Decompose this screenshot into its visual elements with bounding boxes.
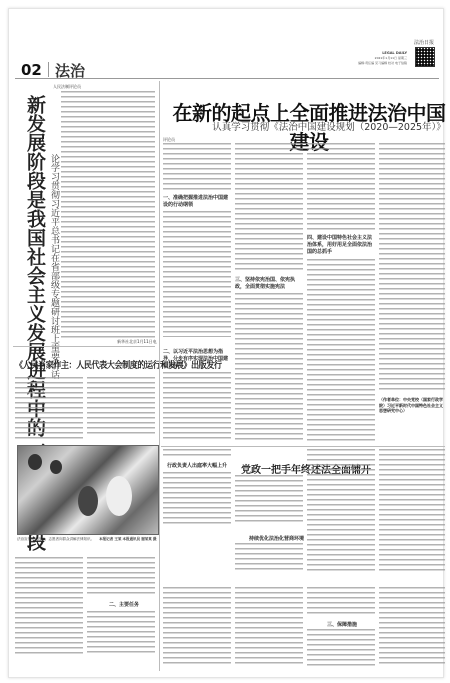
left-article-body [61,91,155,339]
main-col3-a [307,143,375,231]
main-col1-a [163,143,231,191]
bottom-col4-a [379,449,445,571]
newspaper-page: 02 法治 LEGAL DAILY 2021年1月11日 星期三 编辑:责任编 … [8,8,444,678]
bottom-col3-c [307,629,375,667]
photo-credit: 本报记者 王某 本报通讯员 谢某某 摄 [99,537,156,541]
bottom-col3-a [307,449,375,571]
page-number: 02 [21,61,42,79]
column-divider [159,81,160,671]
qr-code-icon [415,47,435,67]
main-col2-b [235,293,303,443]
bottom-col2-a [235,475,303,523]
bottom-left-col1 [15,557,83,655]
bottom-left-col2b [87,611,155,655]
bottom-col3-b [307,587,375,617]
main-col2-a [235,143,303,273]
divider [161,446,445,447]
section-heading-4: 四、建设中国特色社会主义法治体系，用好用足全面依法治国的总抓手 [307,235,375,256]
bottom-col2-b [235,543,303,571]
bottom-col4-b [379,587,445,667]
bottom-col2-c [235,587,303,667]
author-note: （作者单位：中央党校（国家行政学院）习近平新时代中国特色社会主义思想研究中心） [379,397,445,414]
main-col1-c [163,372,231,442]
masthead-meta: LEGAL DAILY 2021年1月11日 星期三 编辑:责任编 见习编辑 校… [358,51,407,66]
news-photo [17,445,159,535]
main-col4 [379,143,445,393]
main-col1-b [163,211,231,337]
section-heading-3: 三、坚持依宪治国、依宪执政，全面贯彻实施宪法 [235,277,303,291]
photo-person [78,486,98,516]
section-heading-2: 二、以习近平法治思想为指导，分步有序实现法治中国建设目标 [163,349,231,370]
subsection-heading: 持续优化法治化营商环境 [249,535,304,542]
section-heading-1: 一、准确把握推进法治中国建设的行动纲领 [163,195,231,209]
divider [13,346,155,347]
section-title: 法治 [55,60,85,81]
photo-person [106,476,132,516]
photo-person [28,454,42,470]
photo-caption: 法治宣传活动现场，志愿者向群众讲解法律知识。 本报记者 王某 本报通讯员 谢某某… [17,537,159,542]
masthead-divider [48,62,49,77]
left-byline: 新华社北京1月11日电 [117,339,157,345]
bottom-left-col2 [87,557,155,597]
book-article-col2 [87,377,155,435]
sidebar-headline: 行政负责人出庭率大幅上升 [167,462,227,469]
left-kicker: 人民法制评论员 [53,84,81,90]
section-heading: 二、主要任务 [109,601,139,608]
masthead: 02 法治 LEGAL DAILY 2021年1月11日 星期三 编辑:责任编 … [15,59,439,79]
newspaper-logo: 法治日报 [413,39,435,46]
editor-credits: 编辑:责任编 见习编辑 校对 电子信箱 [358,61,407,66]
book-release-headline: 《人民当家作主：人民代表大会制度的运行和发展》出版发行 [15,358,141,371]
subsection-heading: 三、保障措施 [327,621,357,628]
photo-person [50,460,62,474]
bottom-col1-a [163,472,231,524]
main-subhead: 认真学习贯彻《法治中国建设规划（2020—2025年）》 [204,119,450,133]
bottom-intro [163,449,231,457]
bottom-col1-b [163,587,231,667]
main-col3-b [307,259,375,443]
book-article-col1 [15,377,83,442]
